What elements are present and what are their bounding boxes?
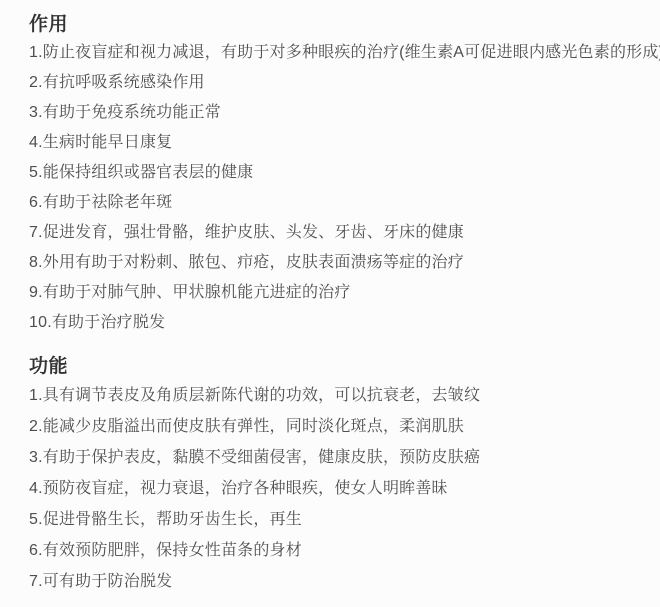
effects-item-4: 4.生病时能早日康复	[29, 128, 652, 158]
effects-item-6: 6.有助于祛除老年斑	[29, 188, 652, 218]
section-functions-title: 功能	[29, 354, 652, 380]
functions-item-7: 7.可有助于防治脱发	[29, 566, 652, 597]
effects-item-2: 2.有抗呼吸系统感染作用	[29, 68, 652, 98]
functions-item-1: 1.具有调节表皮及角质层新陈代谢的功效，可以抗衰老，去皱纹	[29, 380, 652, 411]
functions-item-6: 6.有效预防肥胖，保持女性苗条的身材	[29, 535, 652, 566]
section-effects-title: 作用	[29, 12, 652, 38]
effects-item-8: 8.外用有助于对粉刺、脓包、疖疮，皮肤表面溃疡等症的治疗	[29, 248, 652, 278]
functions-item-2: 2.能减少皮脂溢出而使皮肤有弹性，同时淡化斑点，柔润肌肤	[29, 411, 652, 442]
section-effects: 作用 1.防止夜盲症和视力减退，有助于对多种眼疾的治疗(维生素A可促进眼内感光色…	[29, 12, 652, 338]
document-body: 作用 1.防止夜盲症和视力减退，有助于对多种眼疾的治疗(维生素A可促进眼内感光色…	[0, 0, 660, 607]
effects-item-3: 3.有助于免疫系统功能正常	[29, 98, 652, 128]
functions-item-3: 3.有助于保护表皮，黏膜不受细菌侵害，健康皮肤，预防皮肤癌	[29, 442, 652, 473]
effects-item-1: 1.防止夜盲症和视力减退，有助于对多种眼疾的治疗(维生素A可促进眼内感光色素的形…	[29, 38, 652, 68]
functions-item-5: 5.促进骨骼生长，帮助牙齿生长，再生	[29, 504, 652, 535]
effects-item-7: 7.促进发育，强壮骨骼，维护皮肤、头发、牙齿、牙床的健康	[29, 218, 652, 248]
effects-item-9: 9.有助于对肺气肿、甲状腺机能亢进症的治疗	[29, 278, 652, 308]
effects-item-5: 5.能保持组织或器官表层的健康	[29, 158, 652, 188]
functions-item-4: 4.预防夜盲症，视力衰退，治疗各种眼疾，使女人明眸善昧	[29, 473, 652, 504]
effects-item-10: 10.有助于治疗脱发	[29, 308, 652, 338]
section-functions: 功能 1.具有调节表皮及角质层新陈代谢的功效，可以抗衰老，去皱纹 2.能减少皮脂…	[29, 354, 652, 597]
